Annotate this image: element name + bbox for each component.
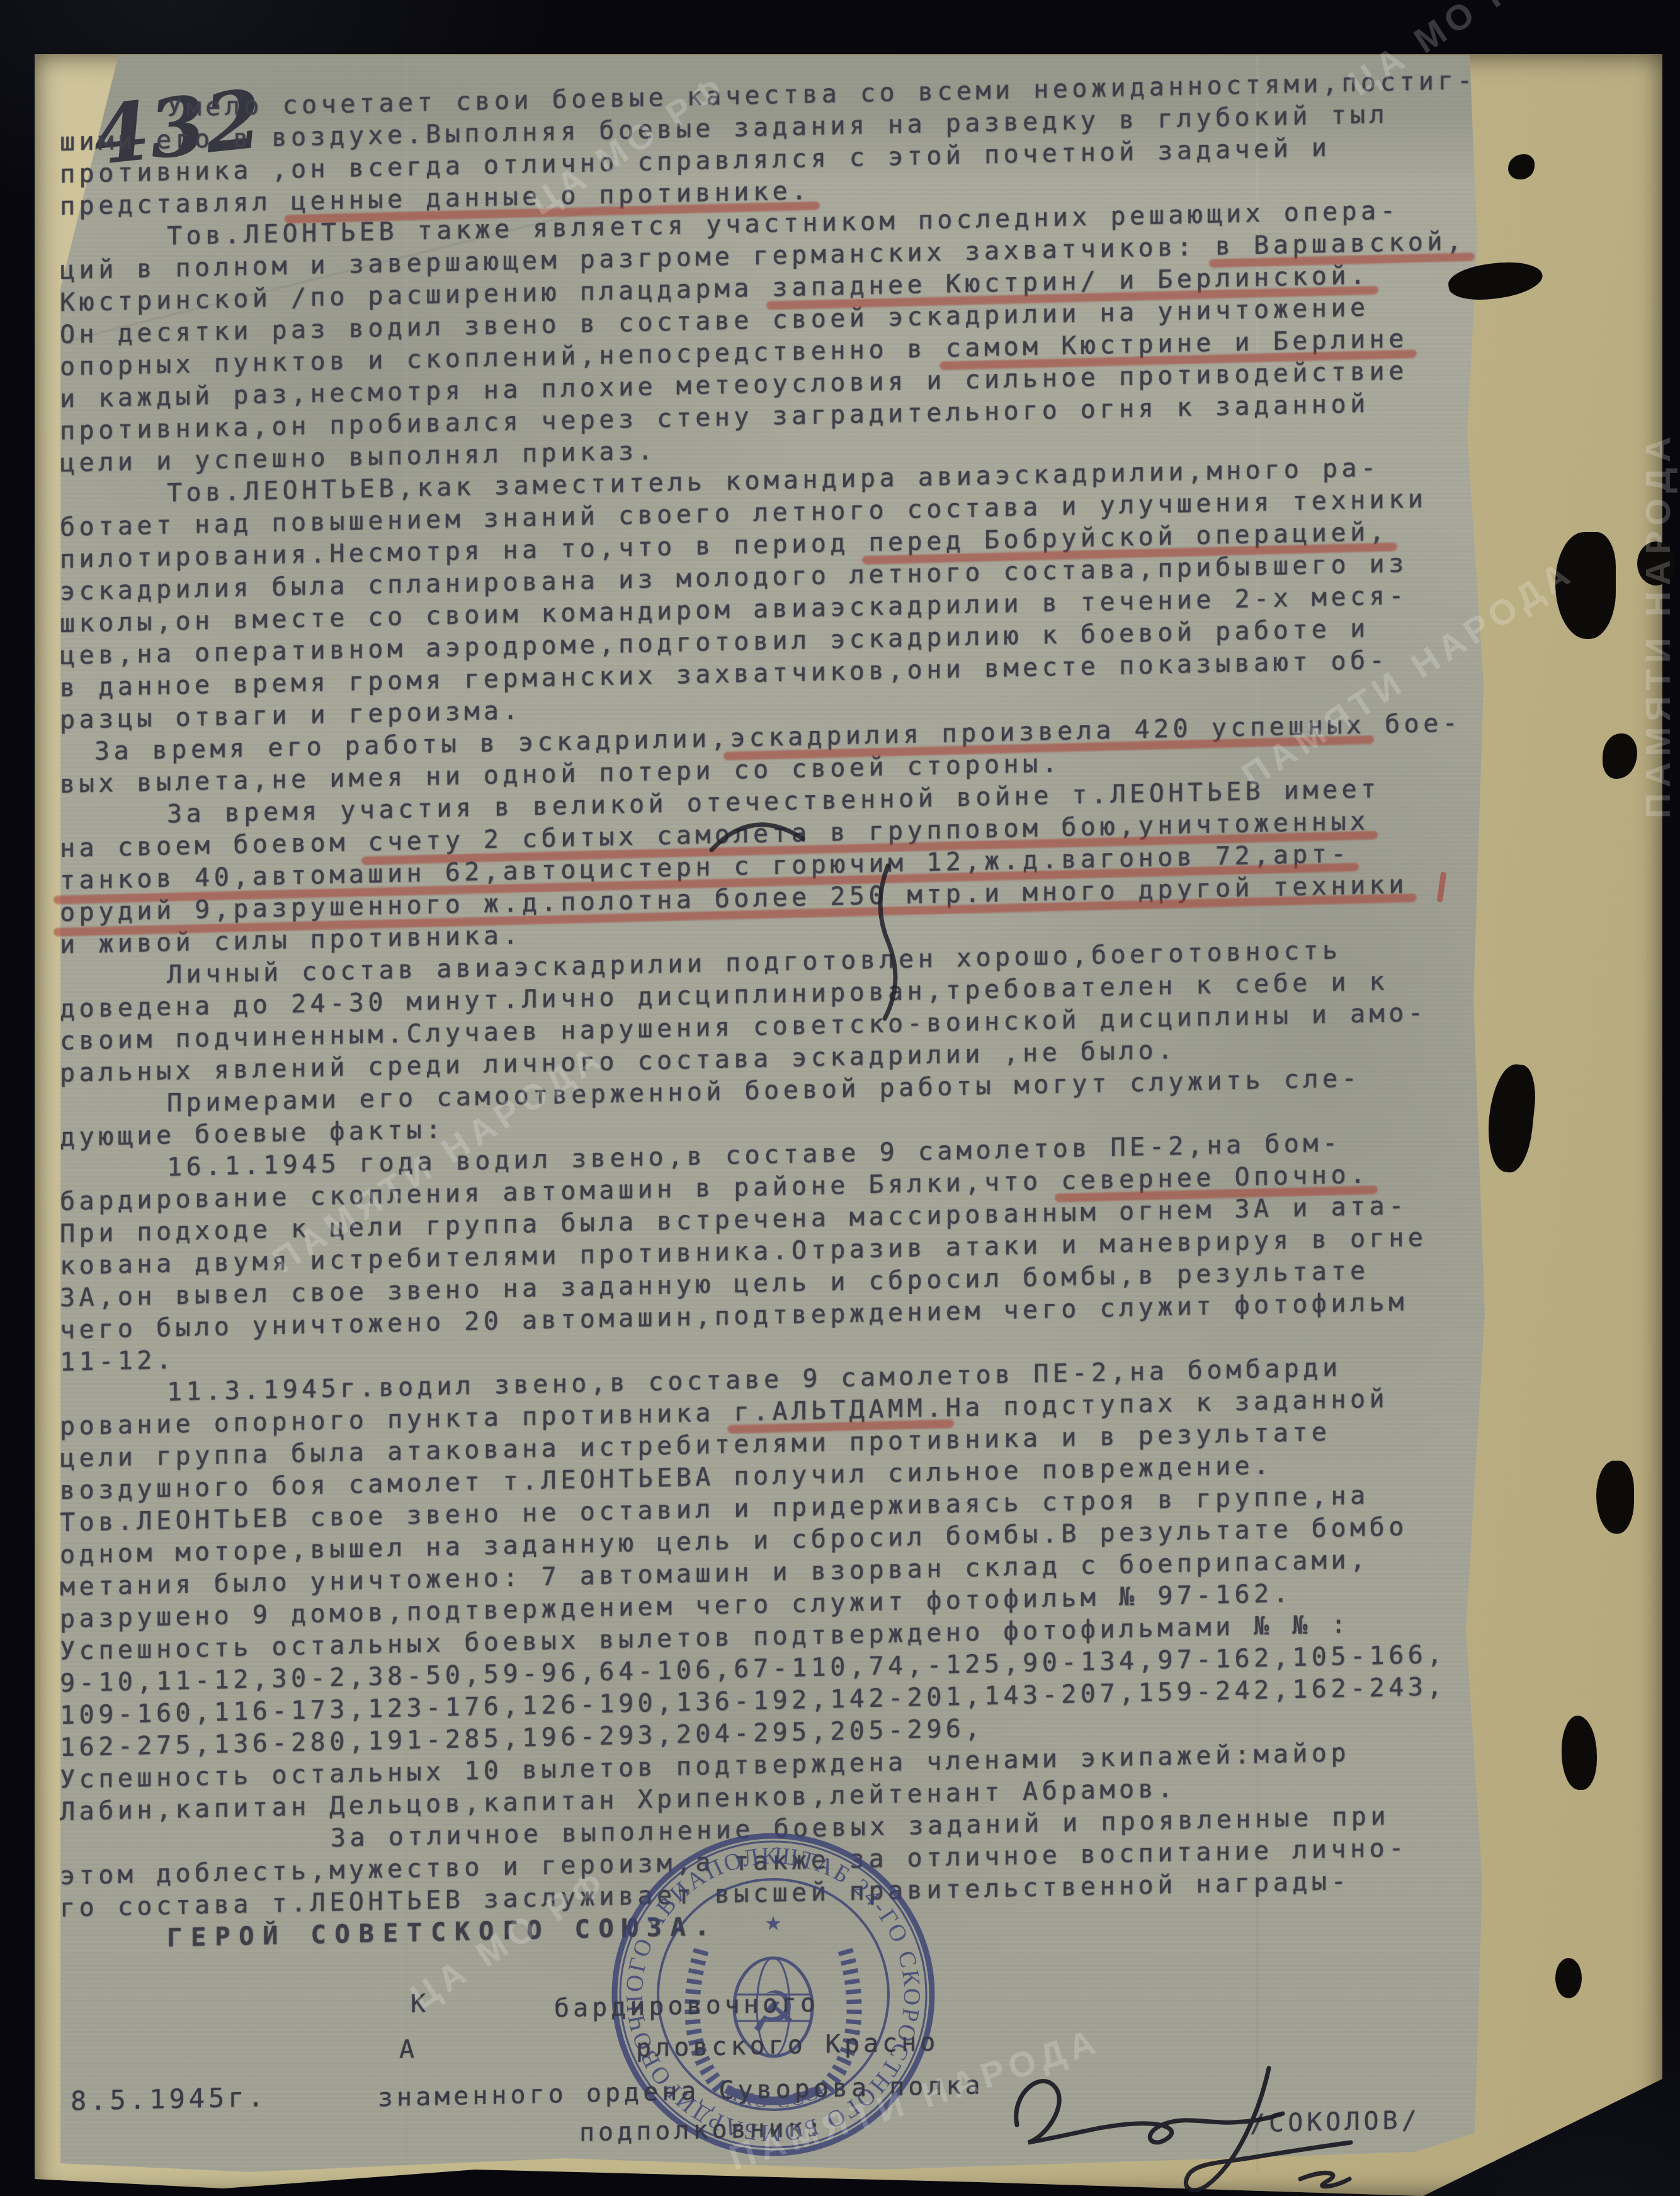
paper-hole (1596, 1461, 1634, 1534)
hammer-sickle-icon: ★ ☭ (692, 1905, 854, 2101)
red-underlined-text: в Варшавской, (1215, 227, 1466, 261)
typed-text-segment: представлял (60, 187, 291, 221)
typed-text-segment: 11-12. (60, 1345, 176, 1377)
svg-text:★: ★ (765, 1905, 782, 1937)
typed-text-segment: на своем боевом (60, 828, 368, 863)
pen-marks (693, 806, 945, 1033)
red-underlined-text: г.АЛЬТДАММ. (734, 1394, 945, 1427)
svg-text:☭: ☭ (754, 1971, 793, 2048)
paper-hole (1555, 1958, 1582, 1998)
archive-watermark: ПАМЯТИ НАРОДА (1637, 431, 1678, 818)
red-underlined-text: севернее Опочно. (1061, 1160, 1369, 1195)
document-scan: 432 Умело сочетает свои боевые качества … (0, 0, 1680, 2196)
